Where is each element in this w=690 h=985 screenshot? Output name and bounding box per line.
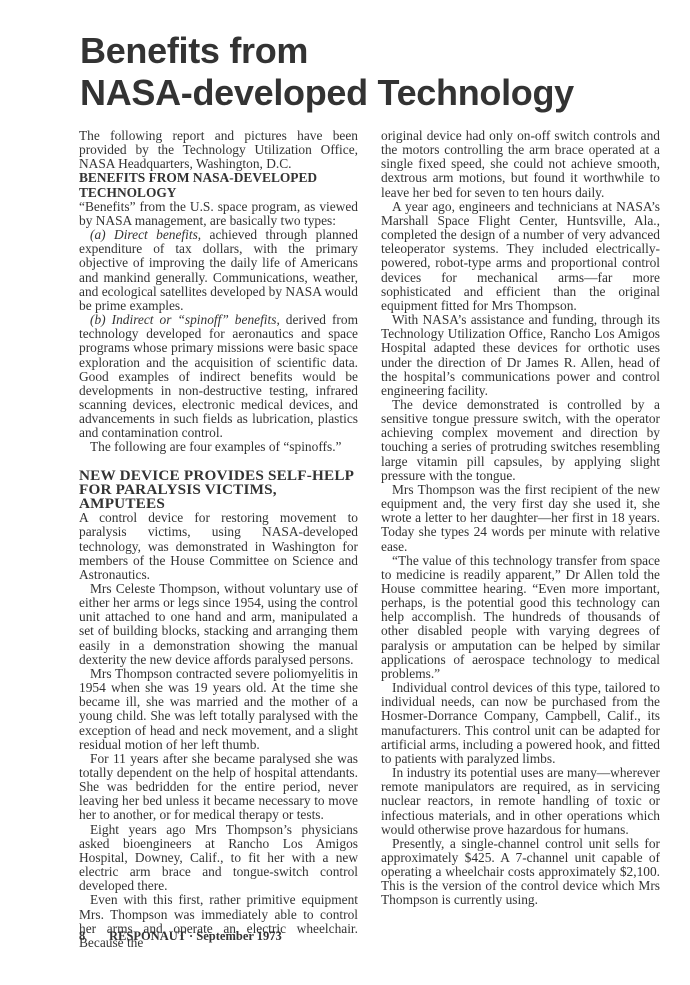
paragraph: “The value of this technology transfer f… (381, 554, 660, 681)
section-heading-new-device: NEW DEVICE PROVIDES SELF-HELP FOR PARALY… (79, 469, 358, 512)
item-label: (a) (90, 227, 106, 242)
paragraph: A control device for restoring movement … (79, 511, 358, 582)
paragraph: The following are four examples of “spin… (79, 440, 358, 454)
paragraph: Mrs Thompson contracted severe poliomyel… (79, 667, 358, 752)
paragraph: Mrs Thompson was the first recipient of … (381, 483, 660, 554)
right-column: original device had only on-off switch c… (381, 129, 660, 908)
paragraph: Presently, a single-channel control unit… (381, 837, 660, 908)
publication-line: RESPONAUT · September 1973 (109, 929, 282, 943)
emphasis: Direct benefits (114, 227, 198, 242)
paragraph: For 11 years after she became paralysed … (79, 752, 358, 823)
item-label: (b) (90, 312, 106, 327)
paragraph: A year ago, engineers and technicians at… (381, 200, 660, 313)
paragraph-indirect-benefits: (b) Indirect or “spinoff” benefits, deri… (79, 313, 358, 440)
paragraph-direct-benefits: (a) Direct benefits, achieved through pl… (79, 228, 358, 313)
paragraph: With NASA’s assistance and funding, thro… (381, 313, 660, 398)
article-title-line-2: NASA-developed Technology (80, 72, 680, 114)
paragraph: Mrs Celeste Thompson, without voluntary … (79, 582, 358, 667)
paragraph: The device demonstrated is controlled by… (381, 398, 660, 483)
page-number: 8 (79, 929, 109, 944)
page-footer: 8RESPONAUT · September 1973 (79, 929, 282, 944)
paragraph-text: , derived from technology developed for … (79, 312, 358, 440)
section-heading-benefits: BENEFITS FROM NASA-DEVELOPED TECHNOLOGY (79, 171, 358, 199)
emphasis: Indirect or “spinoff” benefits (112, 312, 277, 327)
paragraph: original device had only on-off switch c… (381, 129, 660, 200)
intro-paragraph: The following report and pictures have b… (79, 129, 358, 171)
paragraph: Eight years ago Mrs Thompson’s physician… (79, 823, 358, 894)
paragraph: In industry its potential uses are many—… (381, 766, 660, 837)
paragraph: “Benefits” from the U.S. space program, … (79, 200, 358, 228)
left-column: The following report and pictures have b… (79, 129, 358, 950)
article-title-line-1: Benefits from (80, 30, 680, 72)
paragraph: Individual control devices of this type,… (381, 681, 660, 766)
article-title: Benefits from NASA-developed Technology (80, 30, 680, 114)
